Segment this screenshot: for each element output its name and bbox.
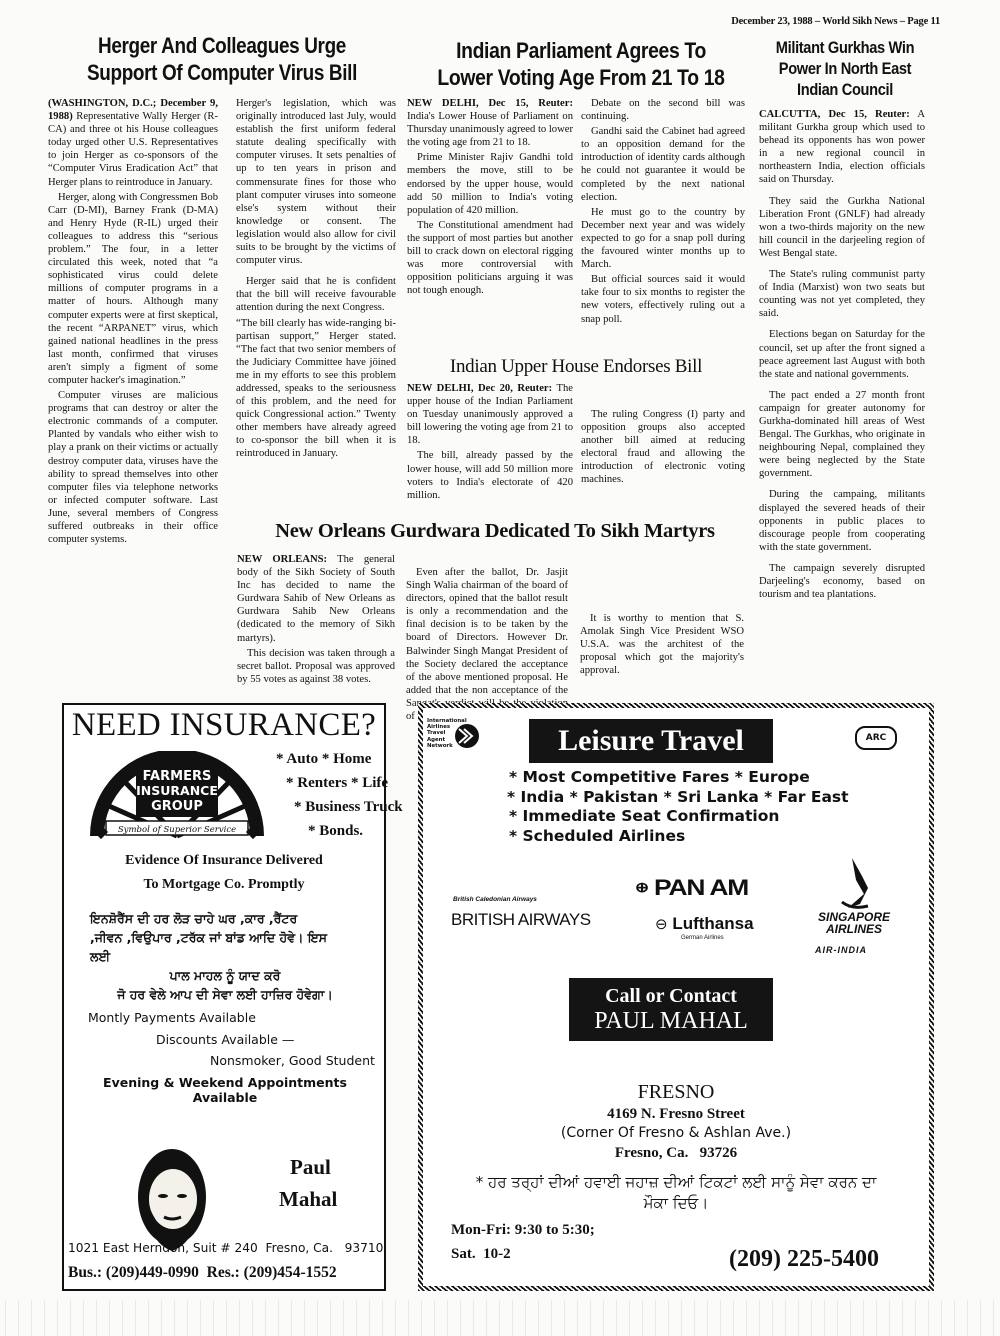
office-citystate: Fresno, Ca. 93726	[423, 1145, 929, 1162]
gurkhas-para-6: During the campaing, militants displayed…	[759, 488, 925, 553]
feature-item: * Immediate Seat Confirmation	[509, 807, 849, 827]
svg-text:Symbol of Superior Service: Symbol of Superior Service	[118, 825, 236, 835]
pan-am-text: PAN AM	[654, 875, 748, 900]
contact-banner: Call or Contact PAUL MAHAL	[569, 978, 773, 1041]
contact-line-2: PAUL MAHAL	[569, 1009, 773, 1034]
feature-item: * Most Competitive Fares * Europe	[509, 768, 849, 788]
chevron-globe-icon	[454, 723, 480, 749]
herger-para-1: Representative Wally Herger (R-CA) and t…	[48, 111, 218, 187]
monthly-payments: Montly Payments Available	[88, 1010, 256, 1025]
voting-age-dateline: NEW DELHI, Dec 15, Reuter:	[407, 98, 573, 109]
evidence-line-1: Evidence Of Insurance Delivered	[64, 853, 384, 869]
voting-age-para-3: The Constitutional amendment had the sup…	[407, 219, 573, 298]
gurdwara-column-2: Even after the ballot, Dr. Jasjit Singh …	[406, 566, 568, 725]
gurkhas-headline-line2: Power In North East	[765, 58, 925, 79]
voting-age-headline-line2: Lower Voting Age From 21 To 18	[422, 64, 740, 91]
coverage-item: * Renters * Life	[276, 771, 403, 795]
british-caledonian-logo: British Caledonian Airways	[453, 896, 537, 903]
herger-para-3: Computer viruses are malicious programs …	[48, 389, 218, 546]
gurdwara-para-3: Even after the ballot, Dr. Jasjit Singh …	[406, 566, 568, 723]
lufthansa-logo: ⊖ Lufthansa	[655, 914, 754, 934]
punjabi-line: ਇਨਸ਼ੋਰੈਂਸ ਦੀ ਹਰ ਲੋੜ ਚਾਹੇ ਘਰ ,ਕਾਰ ,ਰੈਂਟਰ	[90, 909, 360, 928]
punjabi-line: ਲਈ	[90, 947, 360, 966]
iatan-logo: International Airlines Travel Agent Netw…	[427, 718, 507, 768]
singapore-bird-icon	[838, 858, 874, 910]
contact-line-1: Call or Contact	[569, 984, 773, 1009]
leisure-travel-title: Leisure Travel	[529, 719, 773, 763]
gurkhas-para-1: A militant Gurkha group which used to be…	[759, 109, 925, 185]
gurkhas-headline: Militant Gurkhas Win Power In North East…	[765, 37, 925, 100]
hours-weekday: Mon-Fri: 9:30 to 5:30;	[451, 1222, 595, 1239]
arc-badge: ARC	[855, 726, 897, 750]
voting-age-para-1: India's Lower House of Parliament on Thu…	[407, 111, 573, 148]
herger-para-4: Herger's legislation, which was original…	[236, 97, 396, 267]
upper-house-column-1: NEW DELHI, Dec 20, Reuter: The upper hou…	[407, 382, 573, 504]
gurdwara-para-2: This decision was taken through a secret…	[237, 647, 395, 686]
punjabi-ticket-line-2: ਮੌਕਾ ਦਿਓ।	[423, 1194, 929, 1212]
herger-column-2: Herger's legislation, which was original…	[236, 97, 396, 463]
voting-age-para-5: Gandhi said the Cabinet had agreed to an…	[581, 125, 745, 204]
insurance-coverage-list: * Auto * Home * Renters * Life * Busines…	[276, 747, 403, 843]
voting-age-column-2: Debate on the second bill was continuing…	[581, 97, 745, 328]
gurkhas-column: CALCUTTA, Dec 15, Reuter: A militant Gur…	[759, 108, 925, 603]
gurdwara-para-1: The general body of the Sikh Society of …	[237, 554, 395, 644]
herger-para-6: “The bill clearly has wide-ranging bi-pa…	[236, 317, 396, 461]
punjabi-text-block: ਇਨਸ਼ੋਰੈਂਸ ਦੀ ਹਰ ਲੋੜ ਚਾਹੇ ਘਰ ,ਕਾਰ ,ਰੈਂਟਰ …	[90, 909, 360, 1004]
scan-edge-noise	[0, 1300, 1000, 1336]
gurkhas-headline-line1: Militant Gurkhas Win	[765, 37, 925, 58]
gurkhas-para-2: They said the Gurkha National Liberation…	[759, 195, 925, 260]
voting-age-para-4: Debate on the second bill was continuing…	[581, 97, 745, 123]
gurdwara-dateline: NEW ORLEANS:	[237, 554, 327, 565]
herger-para-2: Herger, along with Congressmen Bob Carr …	[48, 191, 218, 387]
herger-para-5: Herger said that he is confident that th…	[236, 275, 396, 314]
pan-am-logo: ⊕ PAN AM	[635, 875, 748, 901]
insurance-ad: NEED INSURANCE? FARMERS INSURANCE GROUP …	[62, 703, 386, 1291]
herger-headline-line1: Herger And Colleagues Urge	[69, 33, 375, 60]
gurdwara-column-1: NEW ORLEANS: The general body of the Sik…	[237, 553, 395, 688]
herger-column-1: (WASHINGTON, D.C.; December 9, 1988) Rep…	[48, 97, 218, 548]
punjabi-line: ,ਜੀਵਨ ,ਵਿਉਪਾਰ ,ਟਰੱਕ ਜਾਂ ਬਾਂਡ ਆਦਿ ਹੋਵੇ। ਇ…	[90, 928, 360, 947]
feature-item: * Scheduled Airlines	[509, 827, 849, 847]
gurkhas-para-7: The campaign severely disrupted Darjeeli…	[759, 562, 925, 601]
upper-house-dateline: NEW DELHI, Dec 20, Reuter:	[407, 383, 552, 394]
insurance-ad-title: NEED INSURANCE?	[64, 707, 384, 744]
gurkhas-para-5: The pact ended a 27 month front campaign…	[759, 389, 925, 481]
gurkhas-dateline: CALCUTTA, Dec 15, Reuter:	[759, 109, 910, 120]
office-street: 4169 N. Fresno Street	[423, 1106, 929, 1123]
punjabi-line: ਪਾਲ ਮਾਹਲ ਨੂੰ ਯਾਦ ਕਰੋ	[90, 966, 360, 985]
page-folio: December 23, 1988 – World Sikh News – Pa…	[640, 16, 940, 27]
lufthansa-crane-icon: ⊖	[655, 916, 668, 933]
voting-age-column-1: NEW DELHI, Dec 15, Reuter: India's Lower…	[407, 97, 573, 299]
svg-text:FARMERS: FARMERS	[143, 769, 212, 784]
farmers-logo: FARMERS INSURANCE GROUP Symbol of Superi…	[84, 751, 270, 846]
pan-am-globe-icon: ⊕	[635, 879, 648, 895]
herger-headline: Herger And Colleagues Urge Support Of Co…	[69, 33, 375, 87]
upper-house-para-2: The bill, already passed by the lower ho…	[407, 449, 573, 501]
singapore-airlines-logo: SINGAPORE AIRLINES	[809, 911, 899, 935]
phone-numbers[interactable]: Bus.: (209)449-0990 Res.: (209)454-1552	[68, 1264, 337, 1282]
coverage-item: * Bonds.	[276, 819, 403, 843]
lufthansa-text: Lufthansa	[672, 914, 753, 933]
office-corner: (Corner Of Fresno & Ashlan Ave.)	[423, 1125, 929, 1141]
voting-age-headline-line1: Indian Parliament Agrees To	[422, 37, 740, 64]
voting-age-para-6: He must go to the country by December ne…	[581, 206, 745, 271]
hours-saturday: Sat. 10-2	[451, 1246, 511, 1263]
feature-item: * India * Pakistan * Sri Lanka * Far Eas…	[507, 788, 849, 808]
gurkhas-para-3: The State's ruling communist party of In…	[759, 268, 925, 320]
nonsmoker: Nonsmoker, Good Student	[210, 1053, 375, 1068]
travel-phone[interactable]: (209) 225-5400	[729, 1246, 879, 1273]
punjabi-line: ਜੋ ਹਰ ਵੇਲੇ ਆਪ ਦੀ ਸੇਵਾ ਲਈ ਹਾਜ਼ਿਰ ਹੋਵੇਗਾ।	[90, 985, 360, 1004]
office-address: 1021 East Herndon, Suit # 240 Fresno, Ca…	[68, 1241, 383, 1255]
farmers-wheel-icon: FARMERS INSURANCE GROUP Symbol of Superi…	[84, 751, 270, 846]
punjabi-ticket-line-1: * ਹਰ ਤਰ੍ਹਾਂ ਦੀਆਂ ਹਵਾਈ ਜਹਾਜ਼ ਦੀਆਂ ਟਿਕਟਾਂ …	[423, 1173, 929, 1191]
svg-text:GROUP: GROUP	[151, 799, 203, 814]
gurdwara-headline: New Orleans Gurdwara Dedicated To Sikh M…	[238, 520, 752, 543]
british-airways-logo: BRITISH AIRWAYS	[451, 910, 591, 930]
svg-text:INSURANCE: INSURANCE	[136, 783, 218, 798]
voting-age-headline: Indian Parliament Agrees To Lower Voting…	[422, 37, 740, 92]
travel-features-list: * Most Competitive Fares * Europe * Indi…	[509, 768, 849, 846]
coverage-item: * Auto * Home	[276, 747, 403, 771]
herger-headline-line2: Support Of Computer Virus Bill	[69, 60, 375, 87]
upper-house-para-3: The ruling Congress (I) party and opposi…	[581, 408, 745, 487]
discounts: Discounts Available —	[156, 1032, 294, 1047]
agent-first-name: Paul	[290, 1155, 331, 1180]
travel-ad: International Airlines Travel Agent Netw…	[418, 703, 934, 1291]
gurkhas-headline-line3: Indian Council	[765, 79, 925, 100]
voting-age-para-2: Prime Minister Rajiv Gandhi told members…	[407, 151, 573, 216]
gurdwara-column-3: It is worthy to mention that S. Amolak S…	[580, 612, 744, 679]
lufthansa-subtitle: German Airlines	[681, 935, 724, 941]
agent-last-name: Mahal	[279, 1187, 337, 1212]
voting-age-para-7: But official sources said it would take …	[581, 273, 745, 325]
air-india-logo: AIR-INDIA	[815, 945, 867, 955]
evidence-line-2: To Mortgage Co. Promptly	[64, 877, 384, 893]
gurkhas-para-4: Elections began on Saturday for the coun…	[759, 328, 925, 380]
appointments: Evening & Weekend Appointments Available	[70, 1075, 380, 1105]
office-city: FRESNO	[423, 1081, 929, 1104]
gurdwara-para-4: It is worthy to mention that S. Amolak S…	[580, 612, 744, 677]
singapore-text: AIRLINES	[809, 923, 899, 935]
upper-house-headline: Indian Upper House Endorses Bill	[400, 356, 752, 378]
coverage-item: * Business Truck	[276, 795, 403, 819]
upper-house-column-2: The ruling Congress (I) party and opposi…	[581, 408, 745, 489]
